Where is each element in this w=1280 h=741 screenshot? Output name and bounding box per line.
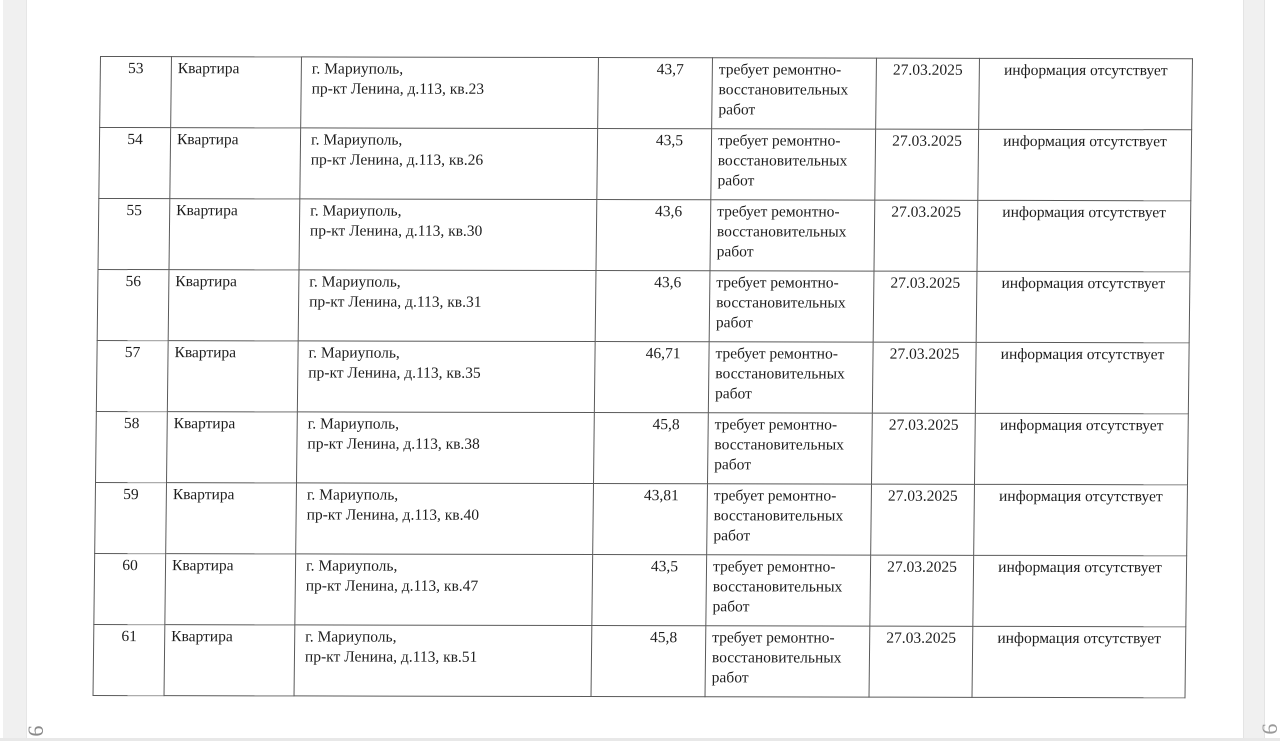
right-scroll-gutter xyxy=(1243,0,1265,741)
condition-cell: требует ремонтно- восстановительных рабо… xyxy=(708,342,873,413)
property-table: 53 Квартира г. Мариуполь, пр-кт Ленина, … xyxy=(93,56,1193,698)
row-number: 55 xyxy=(98,199,170,270)
date-cell: 27.03.2025 xyxy=(873,271,977,342)
row-number: 57 xyxy=(96,341,168,412)
table-row: 57 Квартира г. Мариуполь, пр-кт Ленина, … xyxy=(96,341,1189,414)
area-cell: 43,6 xyxy=(596,200,711,271)
page-number-right: 9 xyxy=(1257,724,1280,735)
area-cell: 43,81 xyxy=(593,484,708,555)
date-cell: 27.03.2025 xyxy=(872,342,976,413)
table-row: 54 Квартира г. Мариуполь, пр-кт Ленина, … xyxy=(99,128,1192,201)
address-street: пр-кт Ленина, д.113, кв.30 xyxy=(310,221,590,242)
property-type: Квартира xyxy=(167,412,298,483)
area-cell: 43,7 xyxy=(598,58,713,129)
address-street: пр-кт Ленина, д.113, кв.51 xyxy=(305,647,585,668)
row-number: 53 xyxy=(100,57,172,128)
info-cell: информация отсутствует xyxy=(976,271,1190,342)
area-cell: 46,71 xyxy=(594,342,709,413)
address-city: г. Мариуполь, xyxy=(309,272,589,293)
area-cell: 43,6 xyxy=(595,271,710,342)
info-cell: информация отсутствует xyxy=(979,58,1193,129)
info-cell: информация отсутствует xyxy=(974,484,1188,555)
date-cell: 27.03.2025 xyxy=(869,626,973,697)
row-number: 61 xyxy=(93,624,165,695)
address-cell: г. Мариуполь, пр-кт Ленина, д.113, кв.31 xyxy=(298,270,596,342)
address-street: пр-кт Ленина, д.113, кв.23 xyxy=(311,79,591,100)
page-number-left: 9 xyxy=(23,726,49,737)
address-street: пр-кт Ленина, д.113, кв.40 xyxy=(307,505,587,526)
row-number: 60 xyxy=(94,553,166,624)
address-city: г. Мариуполь, xyxy=(310,201,590,222)
condition-cell: требует ремонтно- восстановительных рабо… xyxy=(710,200,875,271)
condition-cell: требует ремонтно- восстановительных рабо… xyxy=(707,484,872,555)
row-number: 59 xyxy=(95,483,167,554)
address-street: пр-кт Ленина, д.113, кв.26 xyxy=(311,150,591,171)
property-type: Квартира xyxy=(165,554,296,625)
property-type: Квартира xyxy=(164,625,295,696)
address-street: пр-кт Ленина, д.113, кв.38 xyxy=(307,434,587,455)
table-row: 60 Квартира г. Мариуполь, пр-кт Ленина, … xyxy=(94,553,1187,626)
address-city: г. Мариуполь, xyxy=(312,59,592,80)
info-cell: информация отсутствует xyxy=(977,200,1191,271)
row-number: 54 xyxy=(99,128,171,199)
address-city: г. Мариуполь, xyxy=(311,130,591,151)
condition-cell: требует ремонтно- восстановительных рабо… xyxy=(707,413,872,484)
date-cell: 27.03.2025 xyxy=(871,413,975,484)
condition-cell: требует ремонтно- восстановительных рабо… xyxy=(705,626,870,697)
date-cell: 27.03.2025 xyxy=(876,58,980,129)
property-type: Квартира xyxy=(167,341,298,412)
info-cell: информация отсутствует xyxy=(974,413,1188,484)
table-row: 61 Квартира г. Мариуполь, пр-кт Ленина, … xyxy=(93,624,1186,697)
info-cell: информация отсутствует xyxy=(978,129,1192,200)
date-cell: 27.03.2025 xyxy=(874,200,978,271)
table-body: 53 Квартира г. Мариуполь, пр-кт Ленина, … xyxy=(93,57,1192,698)
area-cell: 45,8 xyxy=(591,626,706,697)
address-street: пр-кт Ленина, д.113, кв.31 xyxy=(309,292,589,313)
area-cell: 43,5 xyxy=(597,129,712,200)
property-type: Квартира xyxy=(168,270,299,341)
info-cell: информация отсутствует xyxy=(972,626,1186,697)
address-cell: г. Мариуполь, пр-кт Ленина, д.113, кв.40 xyxy=(296,483,594,555)
condition-cell: требует ремонтно- восстановительных рабо… xyxy=(712,58,877,129)
area-cell: 45,8 xyxy=(594,413,709,484)
condition-cell: требует ремонтно- восстановительных рабо… xyxy=(706,555,871,626)
table-row: 55 Квартира г. Мариуполь, пр-кт Ленина, … xyxy=(98,199,1191,272)
date-cell: 27.03.2025 xyxy=(875,129,979,200)
address-city: г. Мариуполь, xyxy=(307,485,587,506)
address-cell: г. Мариуполь, пр-кт Ленина, д.113, кв.38 xyxy=(297,412,595,484)
info-cell: информация отсутствует xyxy=(975,342,1189,413)
address-cell: г. Мариуполь, пр-кт Ленина, д.113, кв.30 xyxy=(299,199,597,271)
left-scroll-gutter xyxy=(3,0,27,741)
address-street: пр-кт Ленина, д.113, кв.35 xyxy=(308,363,588,384)
date-cell: 27.03.2025 xyxy=(870,555,974,626)
address-city: г. Мариуполь, xyxy=(308,343,588,364)
address-cell: г. Мариуполь, пр-кт Ленина, д.113, кв.23 xyxy=(301,57,599,129)
row-number: 56 xyxy=(97,270,169,341)
address-cell: г. Мариуполь, пр-кт Ленина, д.113, кв.47 xyxy=(295,554,593,626)
condition-cell: требует ремонтно- восстановительных рабо… xyxy=(711,129,876,200)
property-type: Квартира xyxy=(169,199,300,270)
row-number: 58 xyxy=(96,412,168,483)
condition-cell: требует ремонтно- восстановительных рабо… xyxy=(709,271,874,342)
table-row: 56 Квартира г. Мариуполь, пр-кт Ленина, … xyxy=(97,270,1190,343)
date-cell: 27.03.2025 xyxy=(871,484,975,555)
table-row: 53 Квартира г. Мариуполь, пр-кт Ленина, … xyxy=(100,57,1193,130)
property-type: Квартира xyxy=(170,128,301,199)
address-cell: г. Мариуполь, пр-кт Ленина, д.113, кв.26 xyxy=(300,128,598,200)
address-street: пр-кт Ленина, д.113, кв.47 xyxy=(306,576,586,597)
area-cell: 43,5 xyxy=(592,555,707,626)
address-city: г. Мариуполь, xyxy=(308,414,588,435)
table-row: 58 Квартира г. Мариуполь, пр-кт Ленина, … xyxy=(96,412,1189,485)
address-city: г. Мариуполь, xyxy=(306,556,586,577)
info-cell: информация отсутствует xyxy=(973,555,1187,626)
address-cell: г. Мариуполь, пр-кт Ленина, д.113, кв.51 xyxy=(294,625,592,697)
address-cell: г. Мариуполь, пр-кт Ленина, д.113, кв.35 xyxy=(297,341,595,413)
table-row: 59 Квартира г. Мариуполь, пр-кт Ленина, … xyxy=(95,483,1188,556)
property-type: Квартира xyxy=(171,57,302,128)
address-city: г. Мариуполь, xyxy=(305,627,585,648)
property-type: Квартира xyxy=(166,483,297,554)
